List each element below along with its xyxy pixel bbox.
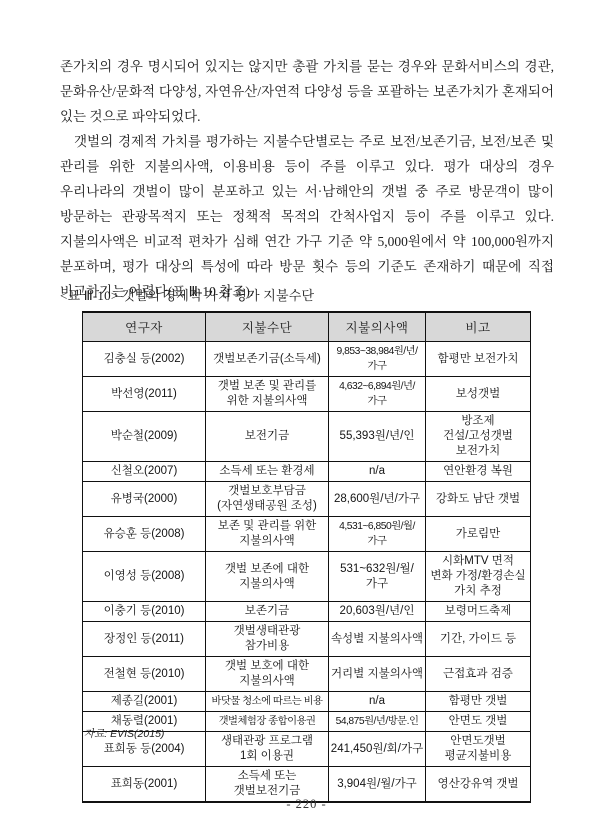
remarks-cell: 기간, 가이드 등 <box>426 622 531 657</box>
payment-method-cell: 보전기금 <box>206 412 329 462</box>
table-row: 김충실 등(2002)갯벌보존기금(소득세)9,853~38,984원/년/가구… <box>83 342 531 377</box>
remarks-cell: 연안환경 복원 <box>426 462 531 482</box>
payment-method-cell: 갯벌보존기금(소득세) <box>206 342 329 377</box>
remarks-cell: 함평만 보전가치 <box>426 342 531 377</box>
table-row: 이충기 등(2010)보존기금20,603원/년/인보령머드축제 <box>83 602 531 622</box>
table-row: 유승훈 등(2008)보존 및 관리를 위한 지불의사액4,531~6,850원… <box>83 517 531 552</box>
table-row: 제종길(2001)바닷물 청소에 따르는 비용n/a함평만 갯벌 <box>83 692 531 712</box>
willingness-to-pay-cell: 4,531~6,850원/월/가구 <box>329 517 426 552</box>
willingness-to-pay-cell: 4,632~6,894원/년/가구 <box>329 377 426 412</box>
willingness-to-pay-cell: 241,450원/회/가구 <box>329 732 426 767</box>
payment-method-cell: 갯벌 보존 및 관리를 위한 지불의사액 <box>206 377 329 412</box>
table-row: 장정인 등(2011)갯벌생태관광 참가비용속성별 지불의사액기간, 가이드 등 <box>83 622 531 657</box>
column-header: 연구자 <box>83 312 206 342</box>
table-row: 박순철(2009)보전기금55,393원/년/인방조제 건설/고성갯벌 보전가치 <box>83 412 531 462</box>
researcher-cell: 김충실 등(2002) <box>83 342 206 377</box>
researcher-cell: 유병국(2000) <box>83 482 206 517</box>
column-header: 비고 <box>426 312 531 342</box>
table-row: 전철현 등(2010)갯벌 보호에 대한 지불의사액거리별 지불의사액근접효과 … <box>83 657 531 692</box>
column-header: 지불의사액 <box>329 312 426 342</box>
payment-method-cell: 소득세 또는 환경세 <box>206 462 329 482</box>
body-text-block: 존가치의 경우 명시되어 있지는 않지만 총괄 가치를 묻는 경우와 문화서비스… <box>60 54 554 304</box>
column-header: 지불수단 <box>206 312 329 342</box>
payment-method-cell: 갯벌 보호에 대한 지불의사액 <box>206 657 329 692</box>
willingness-to-pay-cell: 20,603원/년/인 <box>329 602 426 622</box>
willingness-to-pay-cell: 531~632원/월/가구 <box>329 552 426 602</box>
willingness-to-pay-cell: 55,393원/년/인 <box>329 412 426 462</box>
payment-method-cell: 바닷물 청소에 따르는 비용 <box>206 692 329 712</box>
table-source: 자료: EVIS(2015) <box>84 726 164 741</box>
table-row: 박선영(2011)갯벌 보존 및 관리를 위한 지불의사액4,632~6,894… <box>83 377 531 412</box>
payment-method-cell: 갯벌생태관광 참가비용 <box>206 622 329 657</box>
document-page: 존가치의 경우 명시되어 있지는 않지만 총괄 가치를 묻는 경우와 문화서비스… <box>0 0 613 840</box>
remarks-cell: 시화MTV 면적 변화 가정/환경손실 가치 추정 <box>426 552 531 602</box>
body-paragraph-2: 갯벌의 경제적 가치를 평가하는 지불수단별로는 주로 보전/보존기금, 보전/… <box>60 129 554 304</box>
researcher-cell: 이영성 등(2008) <box>83 552 206 602</box>
researcher-cell: 제종길(2001) <box>83 692 206 712</box>
remarks-cell: 보성갯벌 <box>426 377 531 412</box>
payment-method-cell: 보존기금 <box>206 602 329 622</box>
willingness-to-pay-cell: n/a <box>329 462 426 482</box>
researcher-cell: 박선영(2011) <box>83 377 206 412</box>
body-paragraph-1: 존가치의 경우 명시되어 있지는 않지만 총괄 가치를 묻는 경우와 문화서비스… <box>60 54 554 129</box>
researcher-cell: 이충기 등(2010) <box>83 602 206 622</box>
table-row: 유병국(2000)갯벌보호부담금 (자연생태공원 조성)28,600원/년/가구… <box>83 482 531 517</box>
remarks-cell: 안면도 갯벌 <box>426 712 531 732</box>
remarks-cell: 함평만 갯벌 <box>426 692 531 712</box>
willingness-to-pay-cell: 54,875원/년/방문.인 <box>329 712 426 732</box>
researcher-cell: 유승훈 등(2008) <box>83 517 206 552</box>
payment-method-cell: 보존 및 관리를 위한 지불의사액 <box>206 517 329 552</box>
willingness-to-pay-cell: n/a <box>329 692 426 712</box>
willingness-to-pay-cell: 속성별 지불의사액 <box>329 622 426 657</box>
researcher-cell: 장정인 등(2011) <box>83 622 206 657</box>
willingness-to-pay-cell: 28,600원/년/가구 <box>329 482 426 517</box>
payment-method-cell: 갯벌 보존에 대한 지불의사액 <box>206 552 329 602</box>
researcher-cell: 전철현 등(2010) <box>83 657 206 692</box>
payment-method-cell: 갯벌체험장 종합이용권 <box>206 712 329 732</box>
table-caption: <표 Ⅲ-10> 갯벌의 경제적 가치 평가 지불수단 <box>60 285 554 304</box>
table-row: 신철오(2007)소득세 또는 환경세n/a연안환경 복원 <box>83 462 531 482</box>
remarks-cell: 안면도갯벌 평균지불비용 <box>426 732 531 767</box>
willingness-to-pay-cell: 거리별 지불의사액 <box>329 657 426 692</box>
table-row: 이영성 등(2008)갯벌 보존에 대한 지불의사액531~632원/월/가구시… <box>83 552 531 602</box>
remarks-cell: 방조제 건설/고성갯벌 보전가치 <box>426 412 531 462</box>
researcher-cell: 박순철(2009) <box>83 412 206 462</box>
page-number: - 220 - <box>0 797 613 812</box>
payment-method-cell: 생태관광 프로그램 1회 이용권 <box>206 732 329 767</box>
remarks-cell: 근접효과 검증 <box>426 657 531 692</box>
remarks-cell: 보령머드축제 <box>426 602 531 622</box>
table-header-row: 연구자지불수단지불의사액비고 <box>83 312 531 342</box>
remarks-cell: 강화도 남단 갯벌 <box>426 482 531 517</box>
researcher-cell: 신철오(2007) <box>83 462 206 482</box>
willingness-to-pay-cell: 9,853~38,984원/년/가구 <box>329 342 426 377</box>
payment-method-cell: 갯벌보호부담금 (자연생태공원 조성) <box>206 482 329 517</box>
remarks-cell: 가로림만 <box>426 517 531 552</box>
